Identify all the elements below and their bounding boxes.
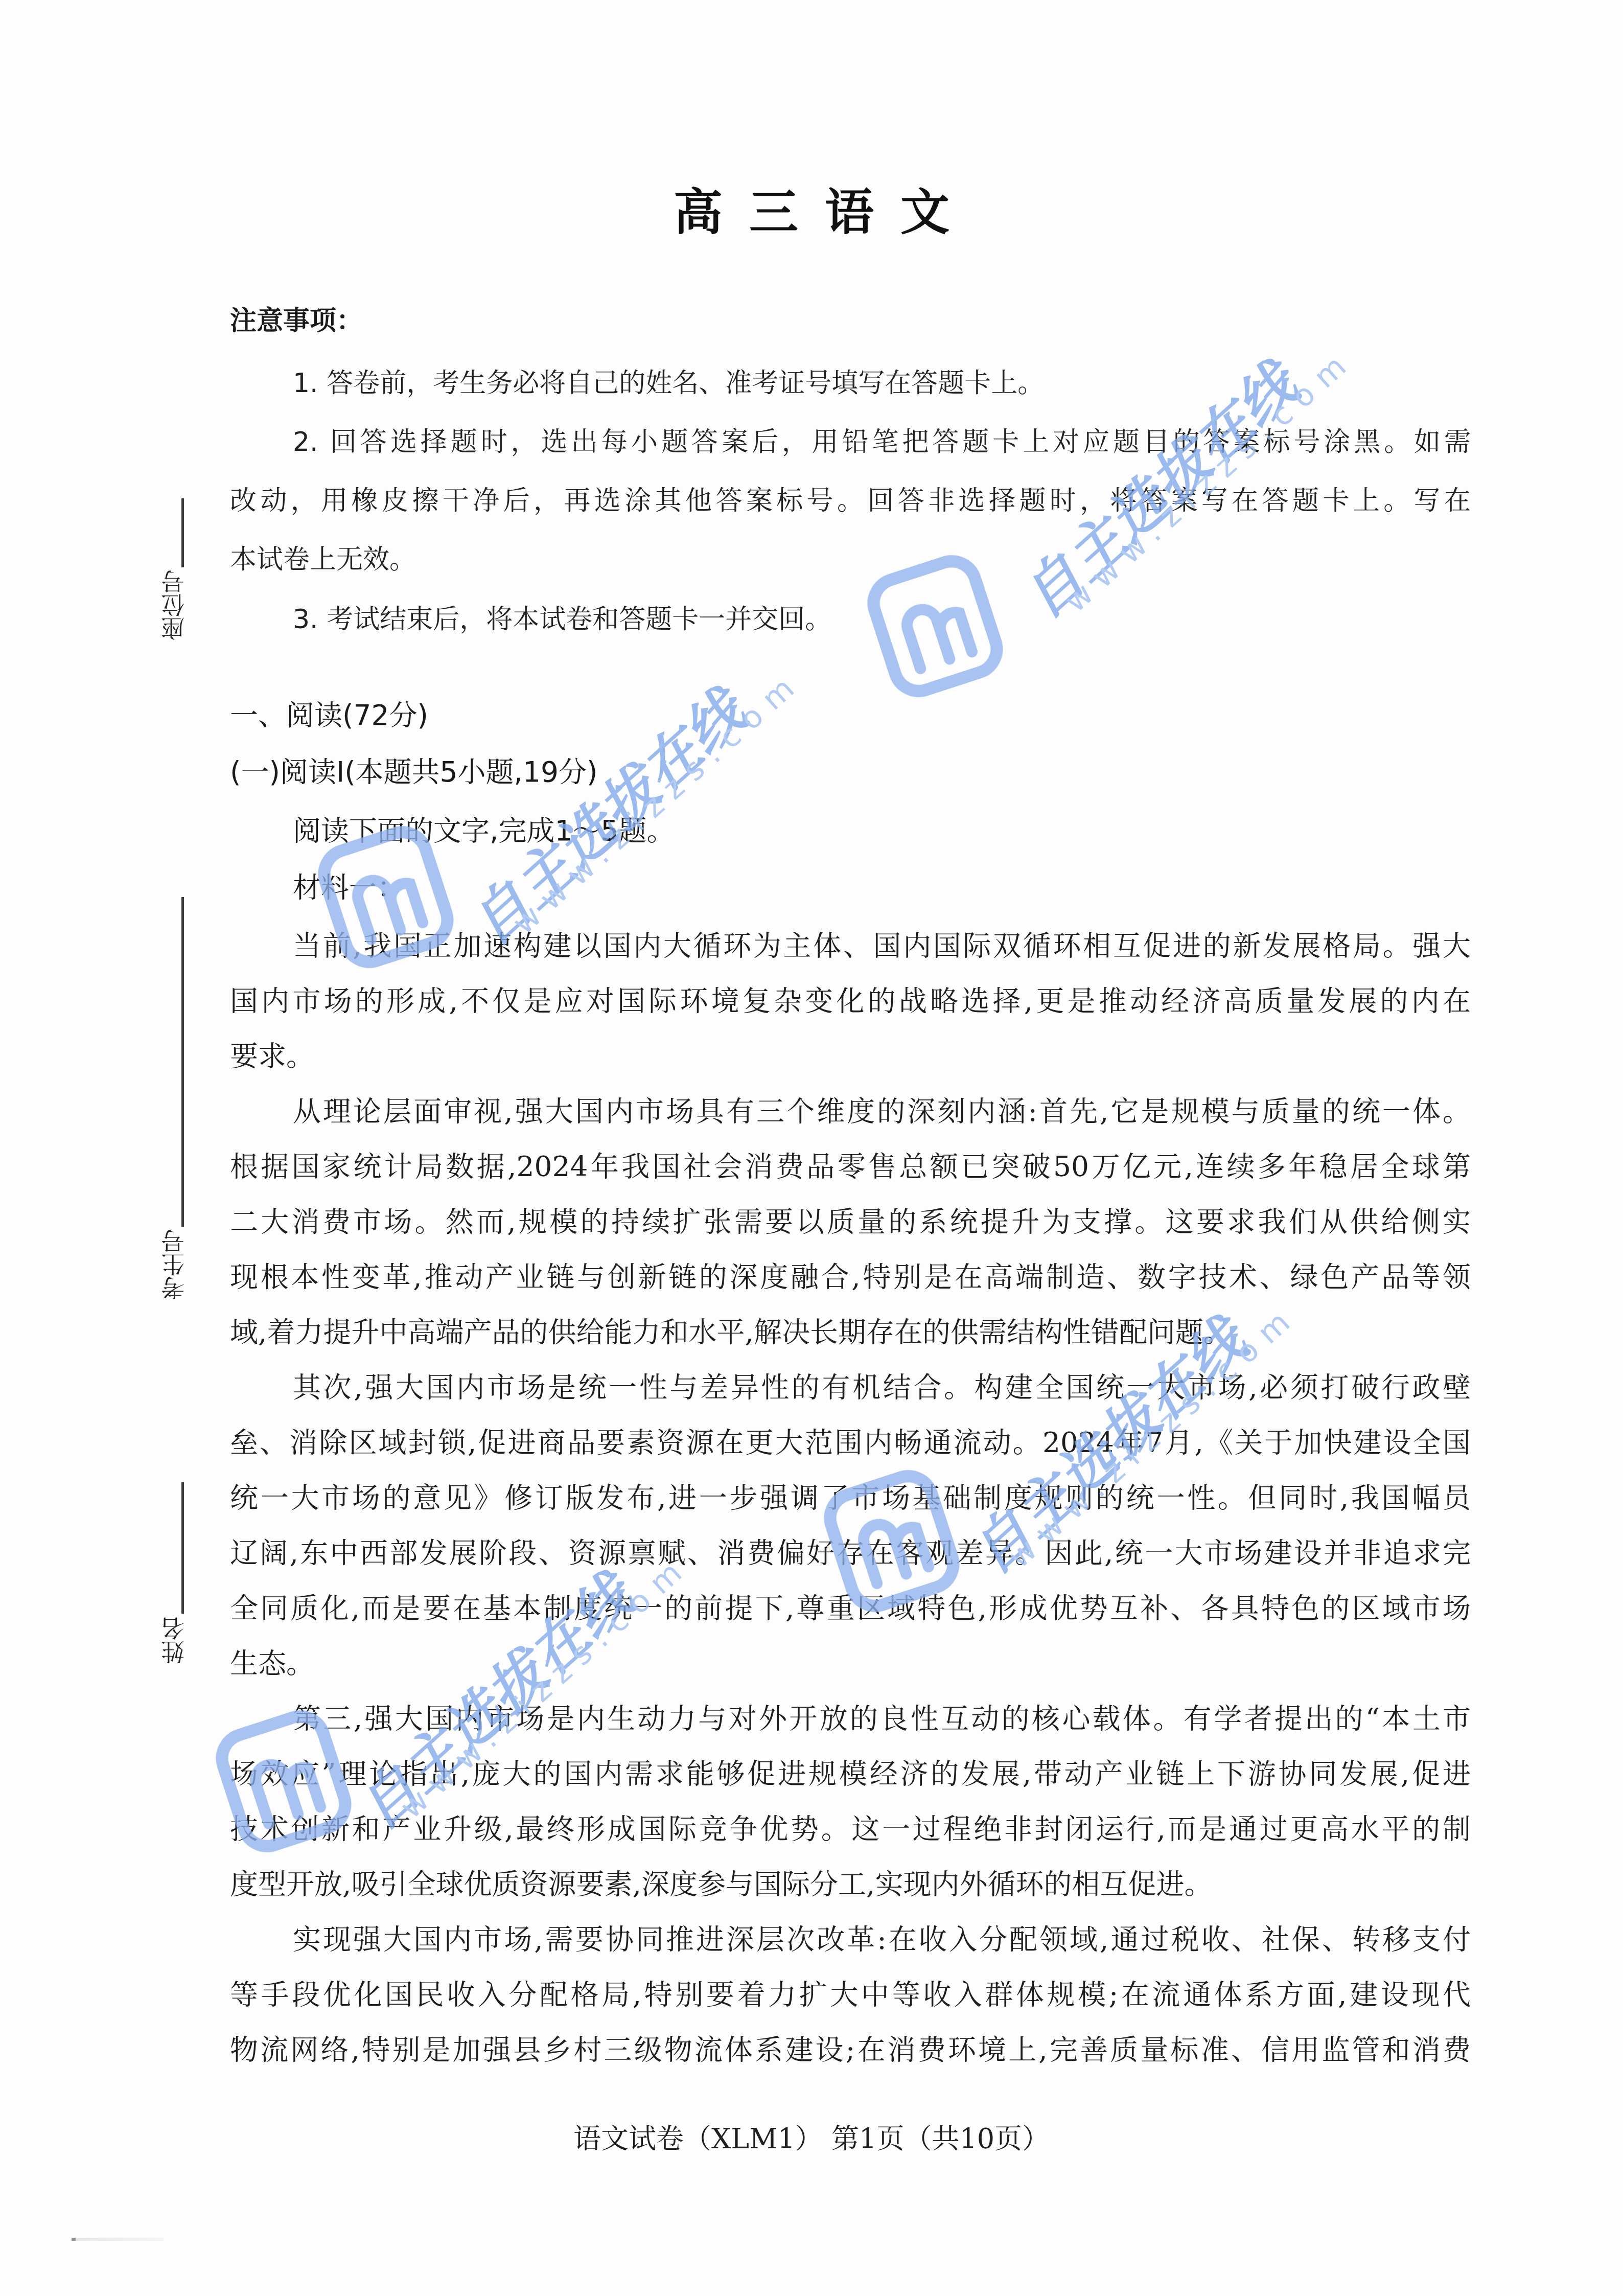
body-line: 二大消费市场。然而,规模的持续扩张需要以质量的系统提升为支撑。这要求我们从供给侧… [230,1206,1471,1237]
watermark-url: www.zizzs.com [506,663,809,942]
body-line: 国内市场的形成,不仅是应对国际环境复杂变化的战略选择,更是推动经济高质量发展的内… [230,985,1471,1016]
body-line: 等手段优化国民收入分配格局,特别要着力扩大中等收入群体规模;在流通体系方面,建设… [230,1979,1471,2010]
section-instruction: 阅读下面的文字,完成1～5题。 [293,815,675,846]
body-line: 技术创新和产业升级,最终形成国际竞争优势。这一过程绝非封闭运行,而是通过更高水平… [230,1813,1471,1844]
section-subheading: (一)阅读Ⅰ(本题共5小题,19分) [230,756,598,787]
notice-line: 2. 回答选择题时，选出每小题答案后，用铅笔把答题卡上对应题目的答案标号涂黑。如… [293,427,1471,457]
body-line: 生态。 [230,1648,1471,1679]
page-footer: 语文试卷（XLM1） 第1页（共10页） [0,2116,1623,2162]
exam-id-line[interactable] [181,897,184,1227]
notice-line: 3. 考试结束后，将本试卷和答题卡一并交回。 [293,604,1471,635]
seat-number-line[interactable] [181,498,184,567]
body-line: 垒、消除区域封锁,促进商品要素资源在更大范围内畅通流动。2024年7月,《关于加… [230,1427,1471,1458]
body-line: 要求。 [230,1041,1471,1071]
body-line: 全同质化,而是要在基本制度统一的前提下,尊重区域特色,形成优势互补、各具特色的区… [230,1593,1471,1623]
body-line: 现根本性变革,推动产业链与创新链的深度融合,特别是在高端制造、数字技术、绿色产品… [230,1261,1471,1292]
page-title: 高三语文 [0,184,1623,240]
material-label: 材料一： [293,872,405,903]
notice-line: 1. 答卷前，考生务必将自己的姓名、准考证号填写在答题卡上。 [293,368,1471,399]
body-line: 根据国家统计局数据,2024年我国社会消费品零售总额已突破50万亿元,连续多年稳… [230,1151,1471,1182]
body-line: 实现强大国内市场,需要协同推进深层次改革:在收入分配领域,通过税收、社保、转移支… [293,1924,1471,1955]
name-line[interactable] [181,1482,184,1614]
scan-artifact [72,2238,164,2241]
body-line: 域,着力提升中高端产品的供给能力和水平,解决长期存在的供需结构性错配问题。 [230,1317,1471,1347]
body-line: 物流网络,特别是加强县乡村三级物流体系建设;在消费环境上,完善质量标准、信用监管… [230,2034,1471,2065]
body-line: 度型开放,吸引全球优质资源要素,深度参与国际分工,实现内外循环的相互促进。 [230,1869,1471,1899]
exam-page: 高三语文 注意事项： 1. 答卷前，考生务必将自己的姓名、准考证号填写在答题卡上… [0,0,1623,2296]
exam-id-label: 考生号 [163,1229,193,1300]
seat-number-label: 座位号 [163,570,193,640]
body-line: 统一大市场的意见》修订版发布,进一步强调了市场基础制度规则的统一性。但同时,我国… [230,1482,1471,1513]
name-label: 姓名 [163,1617,193,1664]
body-line: 场效应”理论指出,庞大的国内需求能够促进规模经济的发展,带动产业链上下游协同发展… [230,1758,1471,1789]
body-line: 从理论层面审视,强大国内市场具有三个维度的深刻内涵:首先,它是规模与质量的统一体… [293,1096,1471,1127]
notice-heading: 注意事项： [230,306,363,336]
body-line: 其次,强大国内市场是统一性与差异性的有机结合。构建全国统一大市场,必须打破行政壁 [293,1372,1471,1403]
body-line: 第三,强大国内市场是内生动力与对外开放的良性互动的核心载体。有学者提出的“本土市 [293,1703,1471,1734]
body-line: 辽阔,东中西部发展阶段、资源禀赋、消费偏好存在客观差异。因此,统一大市场建设并非… [230,1537,1471,1568]
notice-line: 改动，用橡皮擦干净后，再选涂其他答案标号。回答非选择题时，将答案写在答题卡上。写… [230,486,1471,516]
body-line: 当前,我国正加速构建以国内大循环为主体、国内国际双循环相互促进的新发展格局。强大 [293,930,1471,961]
notice-line: 本试卷上无效。 [230,544,1471,575]
section-heading: 一、阅读(72分) [230,700,428,730]
